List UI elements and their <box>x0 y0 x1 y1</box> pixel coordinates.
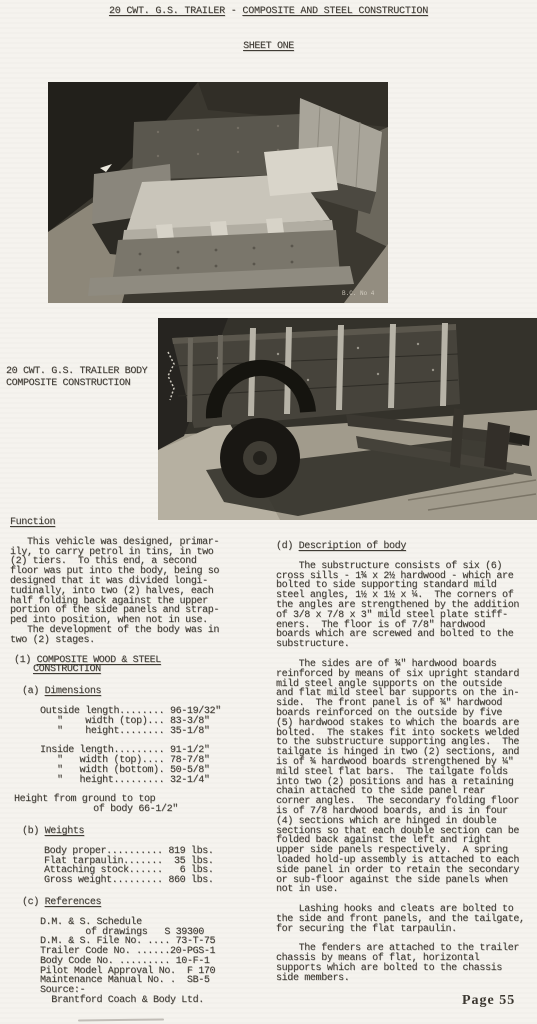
page-title: 20 CWT. G.S. TRAILER - COMPOSITE AND STE… <box>0 7 537 17</box>
left-column: Function This vehicle was designed, prim… <box>10 518 272 1006</box>
photo-stamp: B.C. No 4 <box>342 290 375 297</box>
description-paragraph-3: Lashing hooks and cleats are bolted to t… <box>276 905 536 934</box>
trailer-side-photo-illustration <box>158 318 537 520</box>
references-heading: (c) References <box>22 898 272 908</box>
document-page: 20 CWT. G.S. TRAILER - COMPOSITE AND STE… <box>0 0 537 1024</box>
page-title-right: COMPOSITE AND STEEL CONSTRUCTION <box>242 6 428 17</box>
function-heading: Function <box>10 518 272 528</box>
sheet-label: SHEET ONE <box>0 42 537 52</box>
trailer-front-photo-illustration: B.C. No 4 <box>48 82 388 303</box>
page-title-separator: - <box>225 6 242 17</box>
page-number: Page 55 <box>462 993 515 1009</box>
photo-trailer-side-view <box>158 318 537 520</box>
description-paragraph-4: The fenders are attached to the trailer … <box>276 944 536 983</box>
photo-trailer-body-front: B.C. No 4 <box>48 82 388 303</box>
dimensions-heading: (a) Dimensions <box>22 687 272 697</box>
scan-artifact-line <box>78 1019 164 1022</box>
description-paragraph-2: The sides are of ¾" hardwood boards rein… <box>276 660 536 895</box>
references-list: D.M. & S. Schedule of drawings S 39300 D… <box>40 918 272 1006</box>
description-paragraph-1: The substructure consists of six (6) cro… <box>276 562 536 650</box>
photo-caption: 20 CWT. G.S. TRAILER BODY COMPOSITE CONS… <box>6 366 147 389</box>
dimensions-list: Outside length........ 96-19/32" " width… <box>40 707 272 785</box>
function-paragraph: This vehicle was designed, primar- ily, … <box>10 538 272 646</box>
height-note: Height from ground to top of body 66-1/2… <box>14 795 272 815</box>
weights-list: Body proper.......... 819 lbs. Flat tarp… <box>44 847 272 886</box>
description-heading: (d) Description of body <box>276 542 536 552</box>
weights-heading: (b) Weights <box>22 827 272 837</box>
section-1-heading-line2: CONSTRUCTION <box>33 665 272 675</box>
page-title-left: 20 CWT. G.S. TRAILER <box>109 6 225 17</box>
right-column: (d) Description of body The substructure… <box>276 542 536 984</box>
